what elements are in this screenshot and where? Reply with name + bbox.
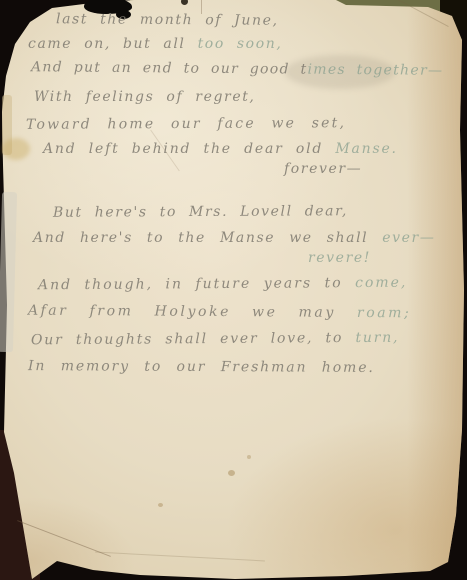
poem-line-segment: With feelings of regret, [34,89,256,105]
poem-line: In memory to our Freshman home. [28,358,375,380]
poem-line: Afar from Holyoke we may roam; [28,303,412,326]
poem-line-segment: And though, in future years to [38,275,355,293]
poem-line-segment-faded: ever— [382,230,435,246]
foxing-spot [247,455,251,459]
poem-line: Toward home our face we set, [26,115,346,137]
poem-line-segment: And left behind the dear old [43,141,335,157]
poem-line: came on, but all too soon, [28,36,282,56]
poem-line-segment: came on, but all [28,36,198,52]
poem-line: forever— [284,161,362,181]
paper-stain [2,138,30,160]
poem-line-segment: In memory to our Freshman home. [28,358,375,376]
foxing-spot [228,470,235,476]
poem-line-segment: Toward home our face we set, [26,115,346,133]
poem-line: And though, in future years to come, [38,275,408,298]
poem-line: And left behind the dear old Manse. [43,141,398,161]
poem-line-segment-faded: roam; [357,305,412,321]
poem-line-segment: last the month of June, [56,11,279,29]
poem-line-segment-faded: turn, [355,330,399,346]
poem-line: And here's to the Manse we shall ever— [33,230,435,250]
poem-line-segment: forever— [284,161,362,177]
poem-line-segment-faded: imes together— [307,62,443,79]
poem-line-segment-faded: Manse. [335,141,397,157]
poem-line-segment: But here's to Mrs. Lovell dear, [53,203,348,221]
poem-line-segment-faded: revere! [308,250,371,266]
poem-line-segment-faded: too soon, [198,36,283,52]
poem-line-segment-faded: come, [355,275,407,291]
foxing-spot [158,503,163,507]
poem-line-segment: Our thoughts shall ever love, to [31,330,356,348]
poem-line: But here's to Mrs. Lovell dear, [53,203,348,225]
scanned-manuscript-page: last the month of June, came on, but all… [0,0,467,580]
poem-line-segment: And here's to the Manse we shall [33,230,382,246]
poem-line: And put an end to our good times togethe… [31,59,443,83]
poem-line: last the month of June, [56,11,279,33]
poem-line: revere! [308,250,371,270]
poem-line: Our thoughts shall ever love, to turn, [31,330,399,353]
poem-line-segment: And put an end to our good t [31,59,308,77]
poem-line: With feelings of regret, [34,89,256,109]
poem-line-segment: Afar from Holyoke we may [28,303,357,321]
